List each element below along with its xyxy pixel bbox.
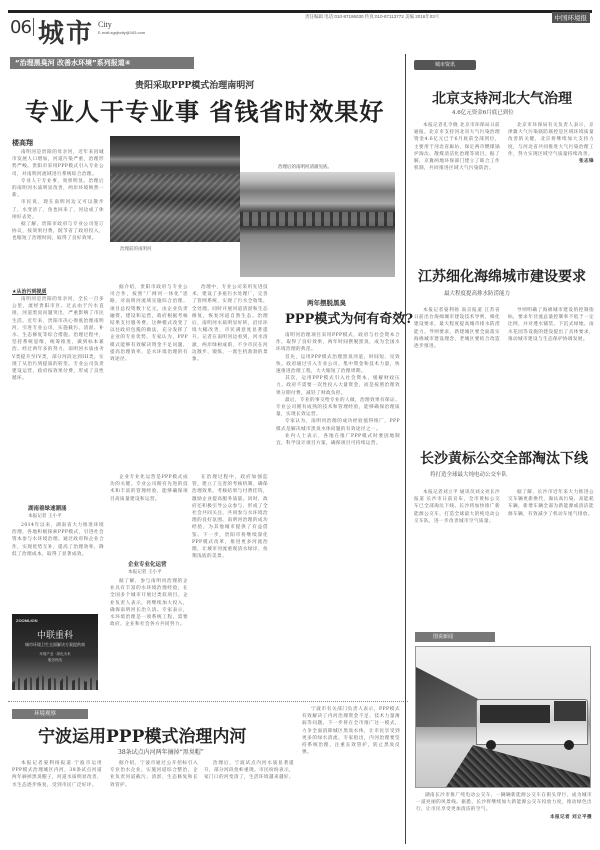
paragraph: 据了解，参与南明河治理的企业具有丰富的水环境治理经验，在全国多个城市开展过类似项… xyxy=(110,578,188,628)
ad-skyline-graphic xyxy=(12,672,98,690)
header-info-strip: 责任编辑 电话:010-87196030 传真:010-87113772 美编 … xyxy=(305,14,439,20)
paragraph: 首先，运用PPP模式治理黑臭河道，时间短、见效快。政府通过引入专业公司，集中资金… xyxy=(276,354,400,376)
photo-news-tag: 图说新闻 xyxy=(415,632,495,642)
article-column: 2014年以来，湖南省大力推进环境治理，各地积极探索PPP模式，引进社会资本参与… xyxy=(12,522,104,612)
photo-bus-wheel xyxy=(486,740,496,750)
paragraph: 据介绍，贵阳市政府与专业公司合作，按照“厂网河一体化”思路，对南明河流域实施综合… xyxy=(110,284,188,363)
paragraph: 据了解，贵阳市政府与专业公司签订协议，按效果付费，既节省了政府投入，也缩短了治理… xyxy=(12,221,104,243)
article-column: 本报记者刘立平 通讯员刘文亮长沙报道 长沙市日前宣布，全市黄标公交车已全部淘汰下… xyxy=(414,489,500,609)
river-before-photo xyxy=(110,136,240,242)
ningbo-subtitle: 38条试点内河两年摘掉“黑臭帽” xyxy=(118,747,204,756)
photo-caption-before: 治理前的南明河 xyxy=(120,246,152,252)
beijing-headline: 北京支持河北大气治理 xyxy=(432,88,572,108)
ad-title: 中联重科 xyxy=(12,628,98,641)
paragraph: 湖南长沙市推广纯电动公交车，一辆辆新能源公交车在街头穿行，成为城市一道亮丽的风景… xyxy=(416,792,592,814)
article-column: 北京市环保局有关负责人表示，京津冀大气污染联防联控是区域环境质量改善的关键，北京… xyxy=(508,122,594,250)
ningbo-section-tag: 环境观察 xyxy=(12,709,88,719)
article-column: 在治理过程中，政府加强监管，建立了完善的考核机制，确保治理效果。考核结果与付费挂… xyxy=(192,474,268,694)
credit: 张志锋 xyxy=(579,159,594,164)
paragraph: 北京市环保局有关负责人表示，京津冀大气污染联防联控是区域环境质量改善的关键，北京… xyxy=(508,122,594,158)
paragraph: 本报记者晏利扬 南京报道 江苏省日前出台海绵城市建设技术导则，细化建设要求，最大… xyxy=(414,307,500,350)
section-divider xyxy=(8,701,408,702)
paragraph: 市民说，现在南明河边又可以散步了，水变清了，鱼也回来了，河边成了休闲好去处。 xyxy=(12,199,104,221)
photo-credit: 本报记者 刘立平摄 xyxy=(550,815,592,820)
paragraph: 本报记者晏利扬报道 宁波市运用PPP模式治理城区内河，38条试点河道两年摘掉黑臭… xyxy=(12,760,102,789)
advertisement[interactable]: ZOOMLION 中联重科 城市环境卫生全面解决方案提供商 环境产业 · 绿色未… xyxy=(12,614,98,690)
changsha-headline: 长沙黄标公交全部淘汰下线 xyxy=(420,448,588,468)
column-divider xyxy=(405,54,406,844)
photo-bus-wheel xyxy=(564,740,574,750)
article-column: 据介绍，贵阳市政府与专业公司合作，按照“厂网河一体化”思路，对南明河流域实施综合… xyxy=(110,284,188,470)
paragraph: 治理中，专业公司采用先进技术，建设了多座污水处理厂，完善了管网系统，实现了污水全… xyxy=(192,284,268,363)
masthead-logo: 中国环境报 xyxy=(552,12,591,23)
header-rule xyxy=(8,10,592,13)
paragraph: 南明河是贵阳的母亲河，全长一百多公里，流经贵阳市区。过去由于污水直排，河道黑臭问… xyxy=(12,296,104,382)
city-news-tag: 城市资讯 xyxy=(414,60,476,70)
article-column: 本报记者孔令晓 北京市环保局日前通报，北京市支持河北省大气污染治理资金4.6亿元… xyxy=(414,122,500,250)
subhead-enterprise: 企业专业化运营 xyxy=(128,560,167,568)
subhead-hunan: 湖南着绿速潮涌 xyxy=(28,504,67,512)
article-column: 导则明确了海绵城市建设的控制指标，要求年径流总量控制率不低于一定比例，并对透水铺… xyxy=(508,307,594,431)
ad-line: 服务热线 xyxy=(12,658,98,663)
photo-credit-line: 本报记者 刘立平摄 xyxy=(416,814,592,821)
paragraph: 企业专业化运营是PPP模式成功的关键。专业公司拥有先进的技术和丰富的管理经验，能… xyxy=(110,474,188,503)
subhead-enterprise-byline: 本报记者 王小平 xyxy=(128,569,162,575)
paragraph: 最后，专业的事交给专业的人做，治理效果有保证。专业公司拥有成熟的技术和管理经验，… xyxy=(276,397,400,419)
photo-flower-median xyxy=(441,745,591,788)
article-column: 据了解，参与南明河治理的企业具有丰富的水环境治理经验，在全国多个城市开展过类似项… xyxy=(110,578,188,694)
paragraph: 据了解，长沙市近年来大力推进公交车辆更新换代，淘汰高污染、高能耗车辆，新增车辆全… xyxy=(508,489,594,518)
lead-headline: 专业人干专业事 省钱省时效果好 xyxy=(25,92,384,127)
paragraph: 宁波市有关部门负责人表示，PPP模式有效解决了内河治理资金不足、技术力量薄弱等问… xyxy=(302,706,400,756)
lead-byline: 楼高翔 xyxy=(12,138,33,148)
photo-bus-windows xyxy=(480,705,550,723)
lead-paragraphs: 南明河是贵阳的母亲河，近年来因城市发展人口增加，河道污染严重，治理形势严峻。贵阳… xyxy=(12,149,104,279)
article-column: 企业专业化运营是PPP模式成功的关键。专业公司拥有先进的技术和丰富的管理经验，能… xyxy=(110,474,188,558)
jiangsu-headline: 江苏细化海绵城市建设要求 xyxy=(418,266,586,286)
photo-bus-rear xyxy=(554,701,586,721)
section-name: 城市 xyxy=(38,13,94,50)
subhead-hunan-byline: 本报记者 王小平 xyxy=(28,513,62,519)
paragraph: 专家认为，南明河治理的成功经验值得推广，PPP模式是解决城市黑臭水体问题的有效途… xyxy=(276,418,400,432)
ppp-article: 南明河治理项目采用PPP模式，政府与社会资本合作，取得了良好效果，两年时间摆脱黑… xyxy=(276,332,400,694)
section-email: E-mail:zgxjbcity@163.com xyxy=(98,30,145,35)
ad-subtitle: 城市环境卫生全面解决方案提供商 xyxy=(12,642,98,648)
article-column: 据了解，长沙市近年来大力推进公交车辆更新换代，淘汰高污染、高能耗车辆，新增车辆全… xyxy=(508,489,594,609)
beijing-credit: 张志锋 xyxy=(508,158,594,165)
article-column: 本报记者晏利扬 南京报道 江苏省日前出台海绵城市建设技术导则，细化建设要求，最大… xyxy=(414,307,500,431)
paragraph: 南明河治理项目采用PPP模式，政府与社会资本合作，取得了良好效果，两年时间摆脱黑… xyxy=(276,332,400,354)
photo-news-caption: 湖南长沙市推广纯电动公交车，一辆辆新能源公交车在街头穿行，成为城市一道亮丽的风景… xyxy=(416,792,592,842)
page-number: 06 xyxy=(10,17,31,38)
page-number-divider xyxy=(33,18,34,36)
paragraph: 2014年以来，湖南省大力推进环境治理，各地积极探索PPP模式，引进社会资本参与… xyxy=(12,522,104,558)
section-name-english: City xyxy=(98,20,112,29)
lead-kicker: 贵阳采取PPP模式治理南明河 xyxy=(135,78,254,91)
jiangsu-subtitle: 最大程度提高排水防涝能力 xyxy=(444,289,510,297)
beijing-subtitle: 4.6亿元资金6月底已到位 xyxy=(452,108,514,116)
subhead-pollution-to-quality: ★从治污到提质 xyxy=(12,288,46,295)
ppp-title: PPP模式为何有奇效? xyxy=(285,308,413,327)
paragraph: 据介绍，宁波市通过公开招标引入专业治水企业，实施河道综合整治，企业负责河道截污、… xyxy=(110,760,198,789)
article-column: 南明河是贵阳的母亲河，全长一百多公里，流经贵阳市区。过去由于污水直排，河道黑臭问… xyxy=(12,296,104,474)
paragraph: 其次，运用PPP模式引入社会资本，缓解财政压力。政府不需要一次性投入大量资金，而… xyxy=(276,375,400,397)
article-column: 治理后，宁波试点内河水质显著提升，部分河段鱼虾重现。市民纷纷表示，家门口的河变清… xyxy=(204,760,294,846)
paragraph: 导则明确了海绵城市建设的控制指标，要求年径流总量控制率不低于一定比例，并对透水铺… xyxy=(508,307,594,343)
paragraph: 本报记者刘立平 通讯员刘文亮长沙报道 长沙市日前宣布，全市黄标公交车已全部淘汰下… xyxy=(414,489,500,525)
paragraph: 南明河是贵阳的母亲河，近年来因城市发展人口增加，河道污染严重，治理形势严峻。贵阳… xyxy=(12,149,104,178)
article-column: 本报记者晏利扬报道 宁波市运用PPP模式治理城区内河，38条试点河道两年摘掉黑臭… xyxy=(12,760,102,846)
paragraph: 专业人干专业事，效果明显。治理后的南明河水质明显改善，两岸环境焕然一新。 xyxy=(12,178,104,200)
article-column: 治理中，专业公司采用先进技术，建设了多座污水处理厂，完善了管网系统，实现了污水全… xyxy=(192,284,268,470)
paragraph: 在治理过程中，政府加强监管，建立了完善的考核机制，确保治理效果。考核结果与付费挂… xyxy=(192,474,268,560)
river-after-photo xyxy=(240,172,395,277)
changsha-subtitle: 将打造全球最大纯电动公交车队 xyxy=(430,470,507,478)
ppp-kicker: 两年摆脱黑臭 xyxy=(307,298,346,307)
electric-bus-photo xyxy=(415,646,591,788)
ad-line: 环境产业 · 绿色未来 xyxy=(12,652,98,657)
article-column: 宁波市有关部门负责人表示，PPP模式有效解决了内河治理资金不足、技术力量薄弱等问… xyxy=(302,706,400,846)
ad-brand-logo: ZOOMLION xyxy=(16,618,38,623)
series-banner: “治理黑臭河 改善水环境”系列报道④ xyxy=(10,57,194,69)
article-column: 据介绍，宁波市通过公开招标引入专业治水企业，实施河道综合整治，企业负责河道截污、… xyxy=(110,760,198,846)
paragraph: 本报记者孔令晓 北京市环保局日前通报，北京市支持河北省大气污染治理资金4.6亿元… xyxy=(414,122,500,172)
paragraph: 业内人士表示，各地在推广PPP模式时要因地制宜，科学设计项目方案，确保项目可持续… xyxy=(276,433,400,447)
ningbo-headline: 宁波运用PPP模式治理内河 xyxy=(38,722,246,747)
photo-caption-after: 治理后的南明河清澈见底。 xyxy=(278,164,332,170)
paragraph: 治理后，宁波试点内河水质显著提升，部分河段鱼虾重现。市民纷纷表示，家门口的河变清… xyxy=(204,760,294,782)
